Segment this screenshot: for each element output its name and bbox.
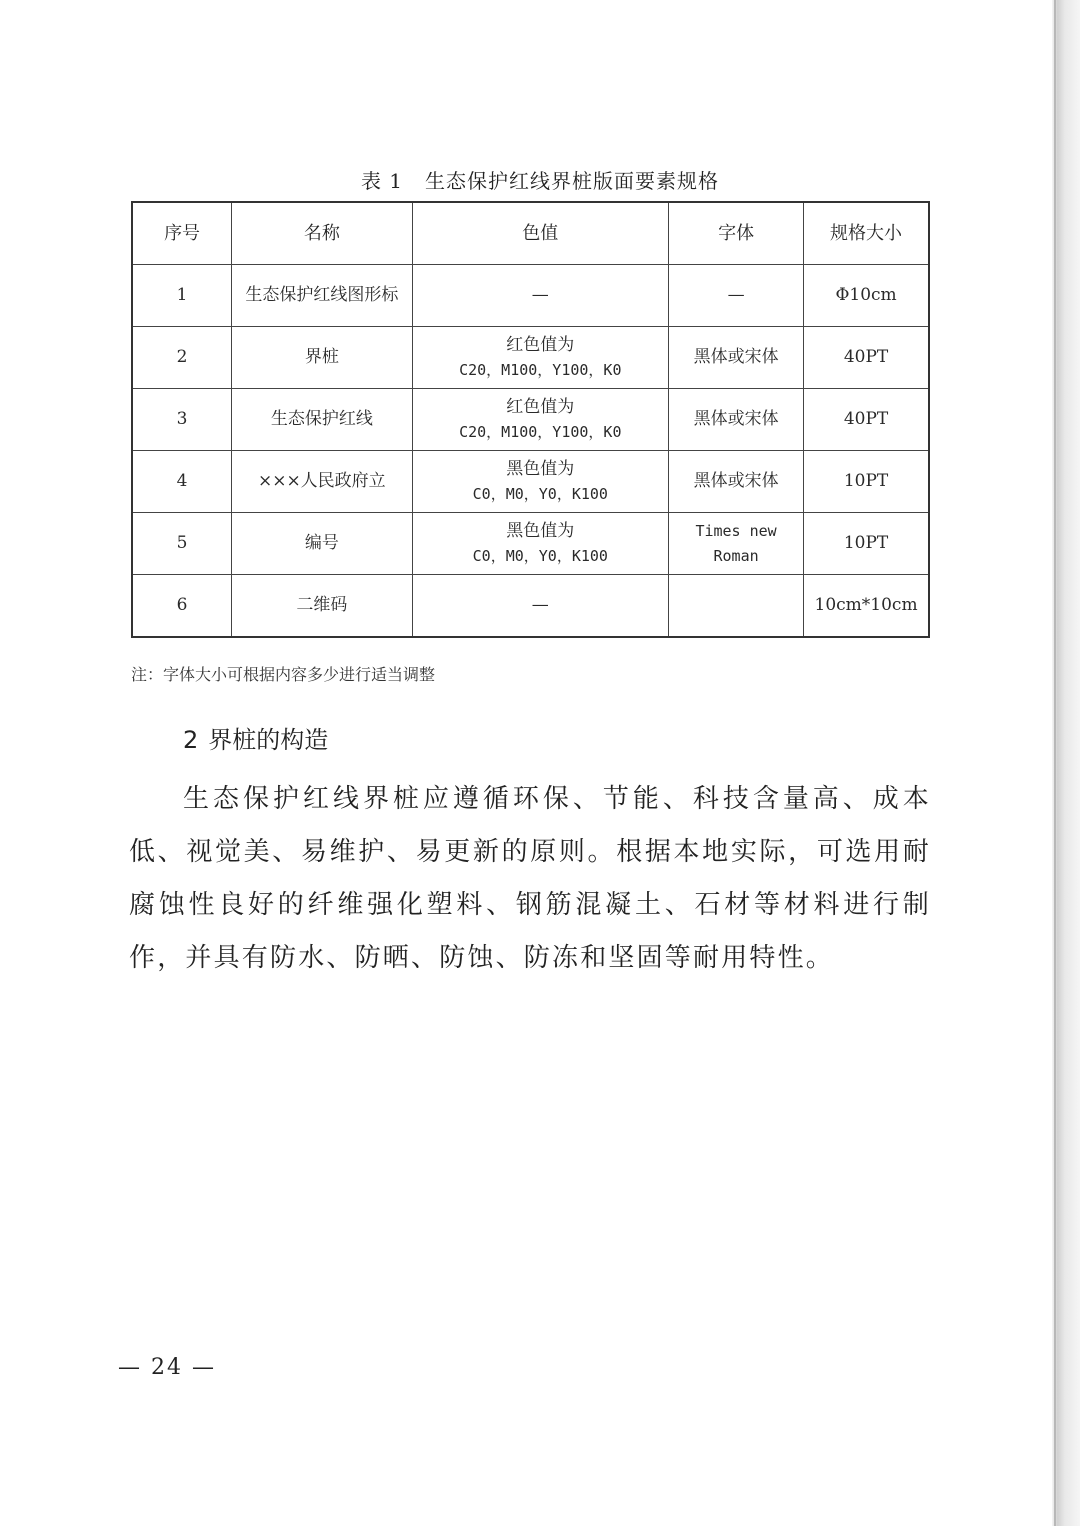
table-row: 4 ×××人民政府立 黑色值为 C0，M0，Y0，K100 黑体或宋体 10PT	[132, 451, 929, 513]
table-row: 3 生态保护红线 红色值为 C20，M100，Y100，K0 黑体或宋体 40P…	[132, 389, 929, 451]
cell-font-line1: 黑体或宋体	[675, 469, 797, 494]
cell-font	[669, 575, 804, 638]
cell-color-line2: C20，M100，Y100，K0	[419, 358, 663, 383]
cell-color: —	[412, 575, 669, 638]
table-row: 1 生态保护红线图形标 — — Φ10cm	[132, 265, 929, 327]
cell-name: 编号	[232, 513, 412, 575]
table-row: 6 二维码 — 10cm*10cm	[132, 575, 929, 638]
header-name: 名称	[232, 202, 412, 265]
cell-color: —	[412, 265, 669, 327]
cell-color: 黑色值为 C0，M0，Y0，K100	[412, 451, 669, 513]
cell-font-line2: Roman	[675, 544, 797, 569]
spec-table: 序号 名称 色值 字体 规格大小 1 生态保护红线图形标 — — Φ10cm 2…	[131, 201, 930, 638]
cell-color: 红色值为 C20，M100，Y100，K0	[412, 327, 669, 389]
table-caption: 表 1生态保护红线界桩版面要素规格	[0, 165, 1080, 194]
table-row: 2 界桩 红色值为 C20，M100，Y100，K0 黑体或宋体 40PT	[132, 327, 929, 389]
header-color: 色值	[412, 202, 669, 265]
cell-name: 生态保护红线图形标	[232, 265, 412, 327]
cell-font: Times new Roman	[669, 513, 804, 575]
cell-font-line1: —	[675, 283, 797, 308]
cell-name: 界桩	[232, 327, 412, 389]
cell-color-line2: C0，M0，Y0，K100	[419, 544, 663, 569]
cell-color-line1: —	[419, 283, 663, 308]
cell-size: 10cm*10cm	[804, 575, 929, 638]
cell-color: 黑色值为 C0，M0，Y0，K100	[412, 513, 669, 575]
cell-color-line1: 红色值为	[419, 395, 663, 420]
cell-font: 黑体或宋体	[669, 451, 804, 513]
section-number: 2	[183, 726, 198, 754]
cell-color-line1: —	[419, 593, 663, 618]
table-caption-title: 生态保护红线界桩版面要素规格	[425, 169, 719, 193]
cell-font: —	[669, 265, 804, 327]
header-font: 字体	[669, 202, 804, 265]
cell-size: Φ10cm	[804, 265, 929, 327]
cell-size: 40PT	[804, 389, 929, 451]
cell-color-line2: C20，M100，Y100，K0	[419, 420, 663, 445]
table-note: 注：字体大小可根据内容多少进行适当调整	[131, 662, 435, 685]
table-caption-number: 表 1	[361, 169, 403, 193]
cell-no: 6	[132, 575, 232, 638]
page-number: — 24 —	[118, 1355, 216, 1380]
cell-color-line1: 黑色值为	[419, 519, 663, 544]
cell-name: 生态保护红线	[232, 389, 412, 451]
cell-color-line1: 红色值为	[419, 333, 663, 358]
header-no: 序号	[132, 202, 232, 265]
cell-size: 10PT	[804, 513, 929, 575]
cell-no: 4	[132, 451, 232, 513]
cell-font-line1: 黑体或宋体	[675, 345, 797, 370]
cell-font-line1: Times new	[675, 519, 797, 544]
table-header-row: 序号 名称 色值 字体 规格大小	[132, 202, 929, 265]
header-size: 规格大小	[804, 202, 929, 265]
cell-no: 1	[132, 265, 232, 327]
scan-edge-shadow	[1052, 0, 1080, 1526]
section-title: 界桩的构造	[208, 726, 328, 754]
cell-no: 3	[132, 389, 232, 451]
cell-font-line1: 黑体或宋体	[675, 407, 797, 432]
cell-name: 二维码	[232, 575, 412, 638]
cell-color: 红色值为 C20，M100，Y100，K0	[412, 389, 669, 451]
cell-size: 40PT	[804, 327, 929, 389]
cell-name: ×××人民政府立	[232, 451, 412, 513]
cell-font: 黑体或宋体	[669, 327, 804, 389]
body-paragraph: 生态保护红线界桩应遵循环保、节能、科技含量高、成本低、视觉美、易维护、易更新的原…	[129, 773, 931, 985]
cell-color-line2: C0，M0，Y0，K100	[419, 482, 663, 507]
scan-edge-line	[1054, 0, 1056, 1526]
cell-no: 5	[132, 513, 232, 575]
cell-size: 10PT	[804, 451, 929, 513]
cell-no: 2	[132, 327, 232, 389]
section-heading: 2界桩的构造	[183, 720, 328, 755]
table-row: 5 编号 黑色值为 C0，M0，Y0，K100 Times new Roman …	[132, 513, 929, 575]
cell-font: 黑体或宋体	[669, 389, 804, 451]
cell-color-line1: 黑色值为	[419, 457, 663, 482]
